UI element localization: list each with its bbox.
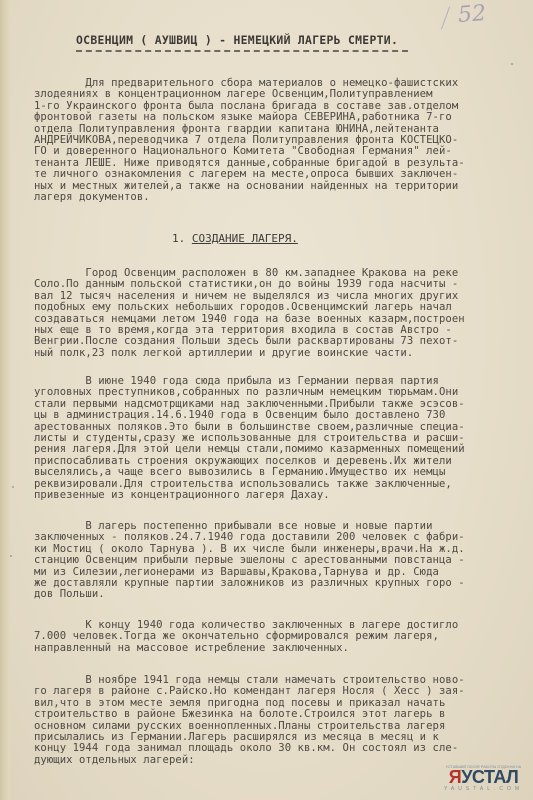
paper-edge [0, 0, 10, 800]
intro-paragraph: Для предварительного сбора материалов о … [34, 78, 514, 203]
paper-speck [10, 555, 12, 557]
section-title: СОЗДАНИЕ ЛАГЕРЯ. [192, 232, 298, 245]
watermark-logo: ЯУСТАЛ [436, 769, 531, 786]
paragraph-end-1940: К концу 1940 года количество заключенных… [34, 620, 514, 654]
paragraph-new-transports: В лагерь постепенно прибывали все новые … [34, 521, 514, 601]
section-heading: 1. СОЗДАНИЕ ЛАГЕРЯ. [172, 232, 298, 245]
paragraph-first-prisoners: В июне 1940 года сюда прибыла из Германи… [34, 376, 514, 501]
watermark-site: YAUSTAL.COM [436, 786, 531, 792]
paper-speck [511, 63, 513, 65]
document-title: ОСВЕНЦИМ ( АУШВИЦ ) - НЕМЕЦКИЙ ЛАГЕРЬ СМ… [76, 33, 398, 47]
document-page: 52 ОСВЕНЦИМ ( АУШВИЦ ) - НЕМЕЦКИЙ ЛАГЕРЬ… [0, 0, 533, 800]
paragraph-city: Город Освенцим расположен в 80 км.западн… [34, 268, 514, 359]
paper-speck [12, 486, 14, 488]
archive-page-number: 52 [457, 1, 487, 28]
yaustal-watermark: УСТАВШИЙ ПОСЛЕ РАБОТЫ ОТДОХНИ НА ЯУСТАЛ … [436, 765, 531, 792]
title-underline [76, 50, 408, 52]
paragraph-birkenau: В ноябре 1941 года немцы стали намечать … [34, 675, 514, 766]
section-number: 1. [172, 232, 185, 245]
archive-pencil-mark [441, 7, 450, 30]
